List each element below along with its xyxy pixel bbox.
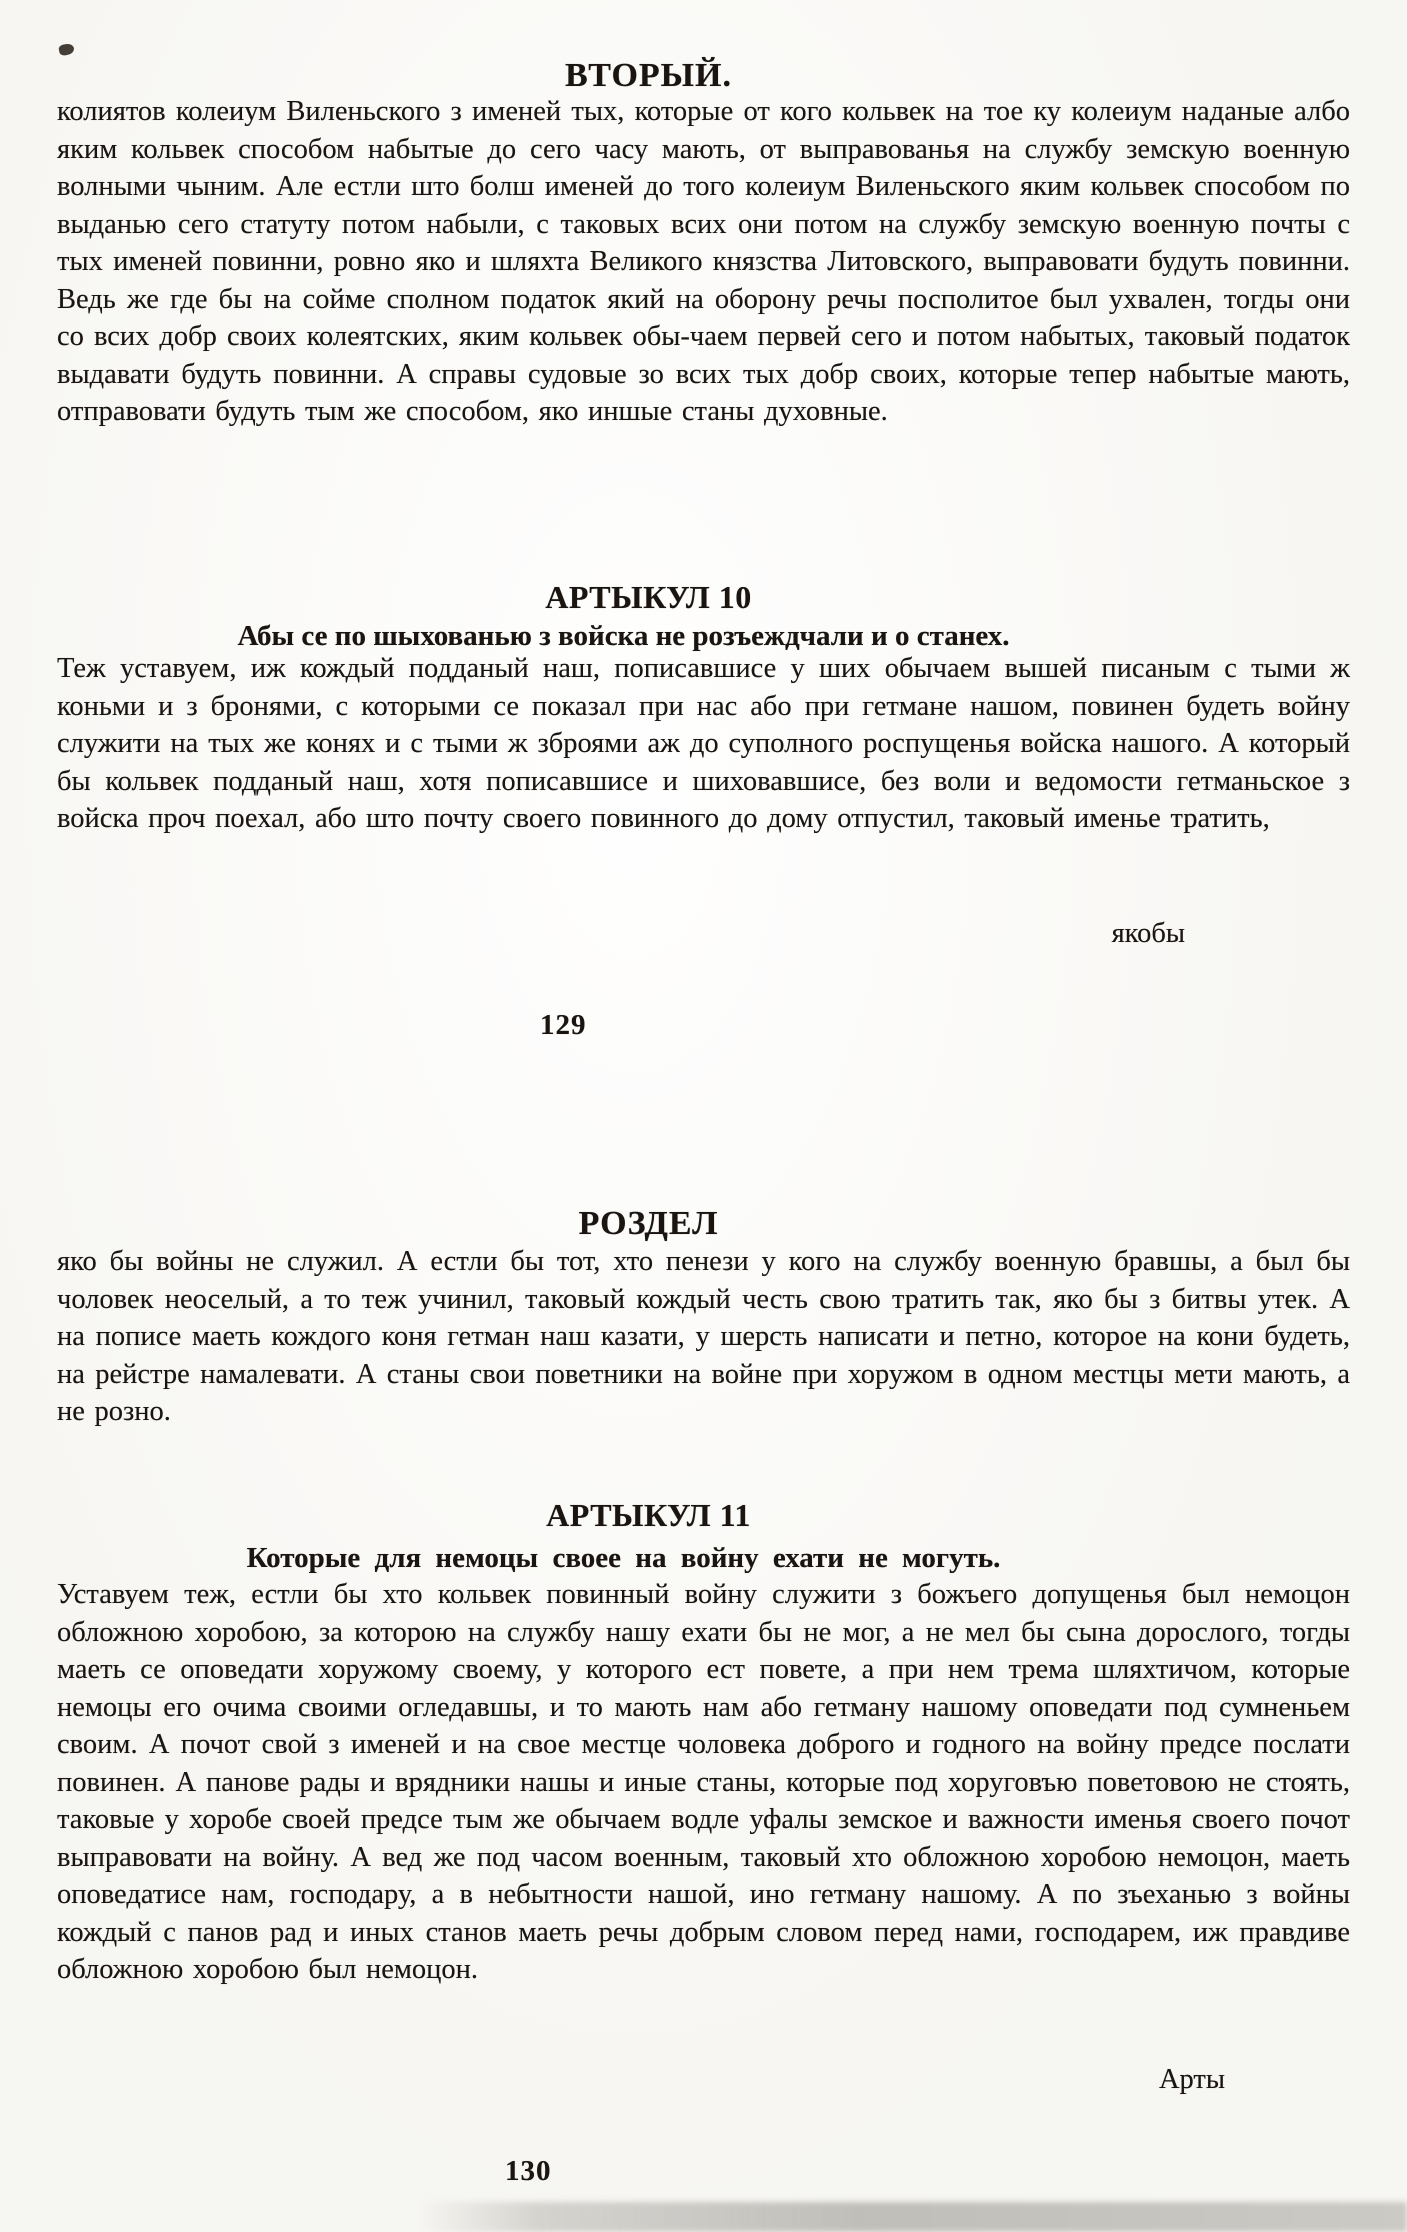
chapter-header: ВТОРЫЙ. — [2, 56, 1295, 96]
article-10-title: Абы се по шыхованью з войска не розъеждч… — [0, 618, 1270, 654]
page-number-130: 130 — [505, 2154, 552, 2188]
page-number-129: 129 — [540, 1008, 587, 1042]
catchword-129: якобы — [1112, 916, 1185, 952]
body-paragraph-top-130: яко бы войны не служил. А естли бы тот, … — [57, 1243, 1350, 1431]
ink-speck — [58, 43, 75, 57]
scanned-book-page: ВТОРЫЙ. колиятов колеиум Виленьского з и… — [0, 0, 1407, 2232]
catchword-130: Арты — [1159, 2062, 1225, 2098]
article-10-number: АРТЫКУЛ 10 — [2, 578, 1295, 616]
article-11-title: Которые для немоцы своее на войну ехати … — [0, 1540, 1270, 1576]
body-paragraph-top-129: колиятов колеиум Виленьского з именей ты… — [57, 93, 1350, 431]
section-header: РОЗДЕЛ — [2, 1204, 1295, 1244]
article-11-body: Уставуем теж, естли бы хто кольвек повин… — [57, 1576, 1350, 1989]
scanner-shadow — [420, 2202, 1407, 2232]
article-10-body: Теж уставуем, иж кождый подданый наш, по… — [57, 650, 1350, 838]
article-11-number: АРТЫКУЛ 11 — [2, 1496, 1295, 1534]
